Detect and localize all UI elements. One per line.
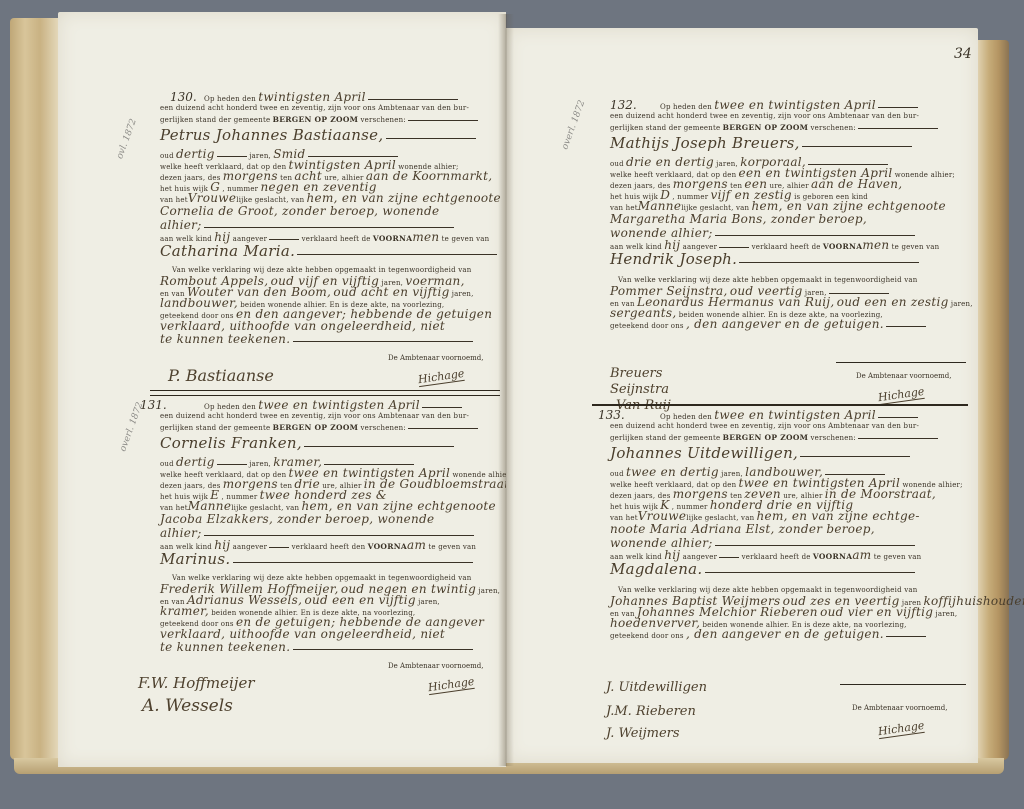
official-label: De Ambtenaar voornoemd,: [856, 372, 951, 380]
signature-witness-1: F.W. Hoffmeijer: [138, 674, 255, 692]
declarant-name: Cornelis Franken,: [160, 434, 302, 452]
child-name: Marinus.: [160, 550, 230, 568]
print-text: een duizend acht honderd twee en zeventi…: [160, 412, 469, 420]
witness-2-age: oud een en zestig: [837, 295, 949, 309]
mother-name: Jacoba Elzakkers, zonder beroep, wonende: [160, 512, 434, 526]
declarant-name: Petrus Johannes Bastiaanse,: [160, 126, 383, 144]
fill-line: [297, 254, 497, 255]
fill-line: [408, 428, 478, 429]
print-text: lijke geslacht, van: [686, 514, 754, 522]
declarant-age: dertig: [176, 455, 215, 469]
witness-2-age: oud acht en vijftig: [333, 285, 449, 299]
child-sex: Vrouwe: [638, 509, 687, 523]
margin-note-132: overl. 1872: [560, 99, 587, 151]
handwritten-date: twee en twintigsten April: [258, 398, 420, 412]
print-text: van het: [160, 196, 188, 204]
official-signature: Hichage: [417, 367, 465, 387]
fill-line: [800, 456, 910, 457]
print-text: Van welke verklaring wij deze akte hebbe…: [172, 574, 471, 582]
witness-2-age: oud een en vijftig: [304, 593, 415, 607]
signature-declarant: J. Uitdewilligen: [606, 680, 707, 695]
handwritten-date: twee en twintigsten April: [714, 98, 876, 112]
closing-text: te kunnen teekenen.: [160, 640, 290, 654]
right-page-edges: [975, 40, 1009, 760]
witness-2-occupation: kramer,: [160, 604, 209, 618]
signature-rule: [840, 684, 966, 685]
left-page-edges: [10, 18, 60, 760]
official-signature: Hichage: [877, 719, 925, 739]
voornamen-suffix: am: [852, 548, 871, 562]
fill-line: [878, 107, 918, 108]
declarant-name: Mathijs Joseph Breuers,: [610, 134, 800, 152]
print-text: Op heden den: [204, 95, 256, 103]
fill-line: [719, 557, 739, 558]
fill-line: [269, 239, 299, 240]
right-page: 34 overl. 1872 132. Op heden den twee en…: [506, 28, 978, 763]
print-text: oud: [610, 470, 624, 478]
print-text: jaren,: [249, 152, 271, 160]
print-text: lijke geslacht, van: [681, 204, 749, 212]
fill-line: [324, 464, 414, 465]
signature-declarant: P. Bastiaanse: [168, 366, 274, 385]
print-text: een duizend acht honderd twee en zeventi…: [610, 422, 919, 430]
entry-separator: [150, 395, 500, 396]
birth-location: aan de Haven,: [811, 177, 902, 191]
mother-residence: wonende alhier;: [610, 226, 713, 240]
print-text: gerlijken stand der gemeente: [160, 424, 270, 432]
entry-133: Op heden den twee en twintigsten April e…: [610, 410, 960, 640]
fill-line: [739, 262, 919, 263]
witness-2-occupation: sergeants,: [610, 306, 676, 320]
mother-name: noote Maria Adriana Elst, zonder beroep,: [610, 522, 875, 536]
mother-residence: alhier;: [160, 218, 202, 232]
print-text: gerlijken stand der gemeente: [610, 124, 720, 132]
fill-line: [878, 417, 918, 418]
signature-witness-1: Seijnstra: [610, 382, 669, 397]
handwritten-date: twee en twintigsten April: [714, 408, 876, 422]
voornamen-label: VOORNA: [368, 542, 407, 551]
official-label: De Ambtenaar voornoemd,: [388, 354, 483, 362]
signature-witness-2: A. Wessels: [142, 696, 233, 716]
print-text: van het: [610, 514, 638, 522]
mother-residence: wonende alhier;: [610, 536, 713, 550]
print-text: oud: [160, 152, 174, 160]
fill-line: [204, 227, 454, 228]
signed-by: , den aangever en de getuigen.: [686, 627, 884, 641]
declarant-age: twee en dertig: [626, 465, 719, 479]
official-label: De Ambtenaar voornoemd,: [388, 662, 483, 670]
fill-line: [386, 138, 476, 139]
print-text: te geven van: [442, 235, 490, 243]
fill-line: [204, 535, 474, 536]
margin-note-130: ovl. 1872: [115, 118, 139, 161]
print-text: jaren,: [478, 587, 500, 595]
print-text: te geven van: [874, 553, 922, 561]
voornamen-suffix: am: [407, 538, 426, 552]
left-page: ovl. 1872 130. Op heden den twintigsten …: [58, 12, 506, 767]
print-text: verklaard heeft de: [302, 235, 371, 243]
child-name: Hendrik Joseph.: [610, 250, 737, 268]
voornamen-label: VOORNA: [823, 242, 862, 251]
declarant-name: Johannes Uitdewilligen,: [610, 444, 798, 462]
closing-text: verklaard, uithoofde van ongeleerdheid, …: [160, 627, 445, 641]
book-gutter: [498, 14, 514, 766]
voornamen-suffix: men: [862, 238, 889, 252]
municipality: BERGEN OP ZOOM: [273, 115, 359, 124]
print-text: verschenen:: [811, 124, 856, 132]
print-text: van het: [160, 504, 188, 512]
fill-line: [422, 407, 462, 408]
voornamen-label: VOORNA: [373, 234, 412, 243]
witness-1-occupation: koffijhuishouder,: [923, 594, 1024, 608]
fill-line: [802, 146, 912, 147]
fill-line: [368, 99, 458, 100]
child-sex: Vrouwe: [188, 191, 237, 205]
print-text: Van welke verklaring wij deze akte hebbe…: [618, 276, 917, 284]
print-text: jaren,: [716, 160, 738, 168]
fill-line: [293, 649, 473, 650]
mother-name: Cornelia de Groot, zonder beroep, wonend…: [160, 204, 439, 218]
fill-line: [886, 326, 926, 327]
print-text: wonende alhier;: [895, 171, 955, 179]
fill-line: [705, 572, 915, 573]
child-name: Magdalena.: [610, 560, 703, 578]
mother-name: Margaretha Maria Bons, zonder beroep,: [610, 212, 867, 226]
print-text: geteekend door ons: [610, 322, 684, 330]
municipality: BERGEN OP ZOOM: [723, 123, 809, 132]
print-text: verklaard heeft de: [752, 243, 821, 251]
print-text: een duizend acht honderd twee en zeventi…: [610, 112, 919, 120]
print-text: Op heden den: [204, 403, 256, 411]
municipality: BERGEN OP ZOOM: [723, 433, 809, 442]
print-text: gerlijken stand der gemeente: [610, 434, 720, 442]
signature-rule: [836, 362, 966, 363]
print-text: lijke geslacht, van: [236, 196, 304, 204]
print-text: verschenen:: [811, 434, 856, 442]
fill-line: [719, 247, 749, 248]
print-text: te geven van: [892, 243, 940, 251]
entry-separator: [592, 404, 968, 406]
signature-witness-1: J.M. Rieberen: [606, 704, 696, 719]
print-text: oud: [160, 460, 174, 468]
print-text: lijke geslacht, van: [231, 504, 299, 512]
print-text: Van welke verklaring wij deze akte hebbe…: [172, 266, 471, 274]
print-text: jaren,: [951, 300, 973, 308]
child-sex: Manne: [638, 199, 682, 213]
witness-2-occupation: landbouwer,: [160, 296, 238, 310]
fill-line: [858, 438, 938, 439]
print-text: jaren,: [249, 460, 271, 468]
fill-line: [715, 545, 915, 546]
fill-line: [808, 164, 888, 165]
fill-line: [233, 562, 473, 563]
fill-line: [217, 464, 247, 465]
entry-131: Op heden den twee en twintigsten April e…: [160, 400, 500, 654]
print-text: geteekend door ons: [610, 632, 684, 640]
print-text: jaren,: [418, 598, 440, 606]
print-text: verschenen:: [361, 424, 406, 432]
handwritten-date: twintigsten April: [258, 90, 366, 104]
entry-separator: [150, 390, 500, 391]
official-signature: Hichage: [877, 385, 925, 405]
fill-line: [304, 446, 454, 447]
witness-2-age: oud vier en vijftig: [820, 605, 933, 619]
fill-line: [293, 341, 473, 342]
signature-witness-2: J. Weijmers: [606, 726, 680, 741]
mother-residence: alhier;: [160, 526, 202, 540]
fill-line: [715, 235, 915, 236]
closing-text: te kunnen teekenen.: [160, 332, 290, 346]
fill-line: [858, 128, 938, 129]
print-text: verklaard heeft den: [292, 543, 366, 551]
print-text: verschenen:: [361, 116, 406, 124]
birth-location: aan de Koornmarkt,: [366, 169, 493, 183]
fill-line: [829, 293, 889, 294]
print-text: aangever: [233, 543, 268, 551]
fill-line: [308, 156, 398, 157]
voornamen-label: VOORNA: [813, 552, 852, 561]
print-text: gerlijken stand der gemeente: [160, 116, 270, 124]
fill-line: [217, 156, 247, 157]
voornamen-suffix: men: [412, 230, 439, 244]
declarant-age: dertig: [176, 147, 215, 161]
fill-line: [408, 120, 478, 121]
parent-text: hem, en van zijne echtgenoote: [751, 199, 945, 213]
print-text: jaren,: [935, 610, 957, 618]
print-text: verklaard heeft de: [742, 553, 811, 561]
print-text: jaren,: [452, 290, 474, 298]
child-sex: Manne: [188, 499, 232, 513]
entry-132: Op heden den twee en twintigsten April e…: [610, 100, 960, 330]
official-label: De Ambtenaar voornoemd,: [852, 704, 947, 712]
child-name: Catharina Maria.: [160, 242, 295, 260]
parent-text: hem, en van zijne echtgenoote: [307, 191, 501, 205]
declarant-age: drie en dertig: [626, 155, 714, 169]
print-text: te geven van: [428, 543, 476, 551]
municipality: BERGEN OP ZOOM: [273, 423, 359, 432]
fill-line: [886, 636, 926, 637]
print-text: oud: [610, 160, 624, 168]
fill-line: [269, 547, 289, 548]
closing-text: verklaard, uithoofde van ongeleerdheid, …: [160, 319, 445, 333]
fill-line: [825, 474, 885, 475]
print-text: van het: [610, 204, 638, 212]
signed-by: , den aangever en de getuigen.: [686, 317, 884, 331]
print-text: Op heden den: [660, 103, 712, 111]
print-text: Op heden den: [660, 413, 712, 421]
print-text: Van welke verklaring wij deze akte hebbe…: [618, 586, 917, 594]
parent-text: hem, en van zijne echtge-: [757, 509, 920, 523]
folio-number: 34: [954, 46, 972, 62]
print-text: een duizend acht honderd twee en zeventi…: [160, 104, 469, 112]
parent-text: hem, en van zijne echtgenoote: [301, 499, 495, 513]
entry-130: Op heden den twintigsten April een duize…: [160, 92, 500, 346]
official-signature: Hichage: [427, 675, 475, 695]
signature-declarant: Breuers: [610, 366, 662, 381]
